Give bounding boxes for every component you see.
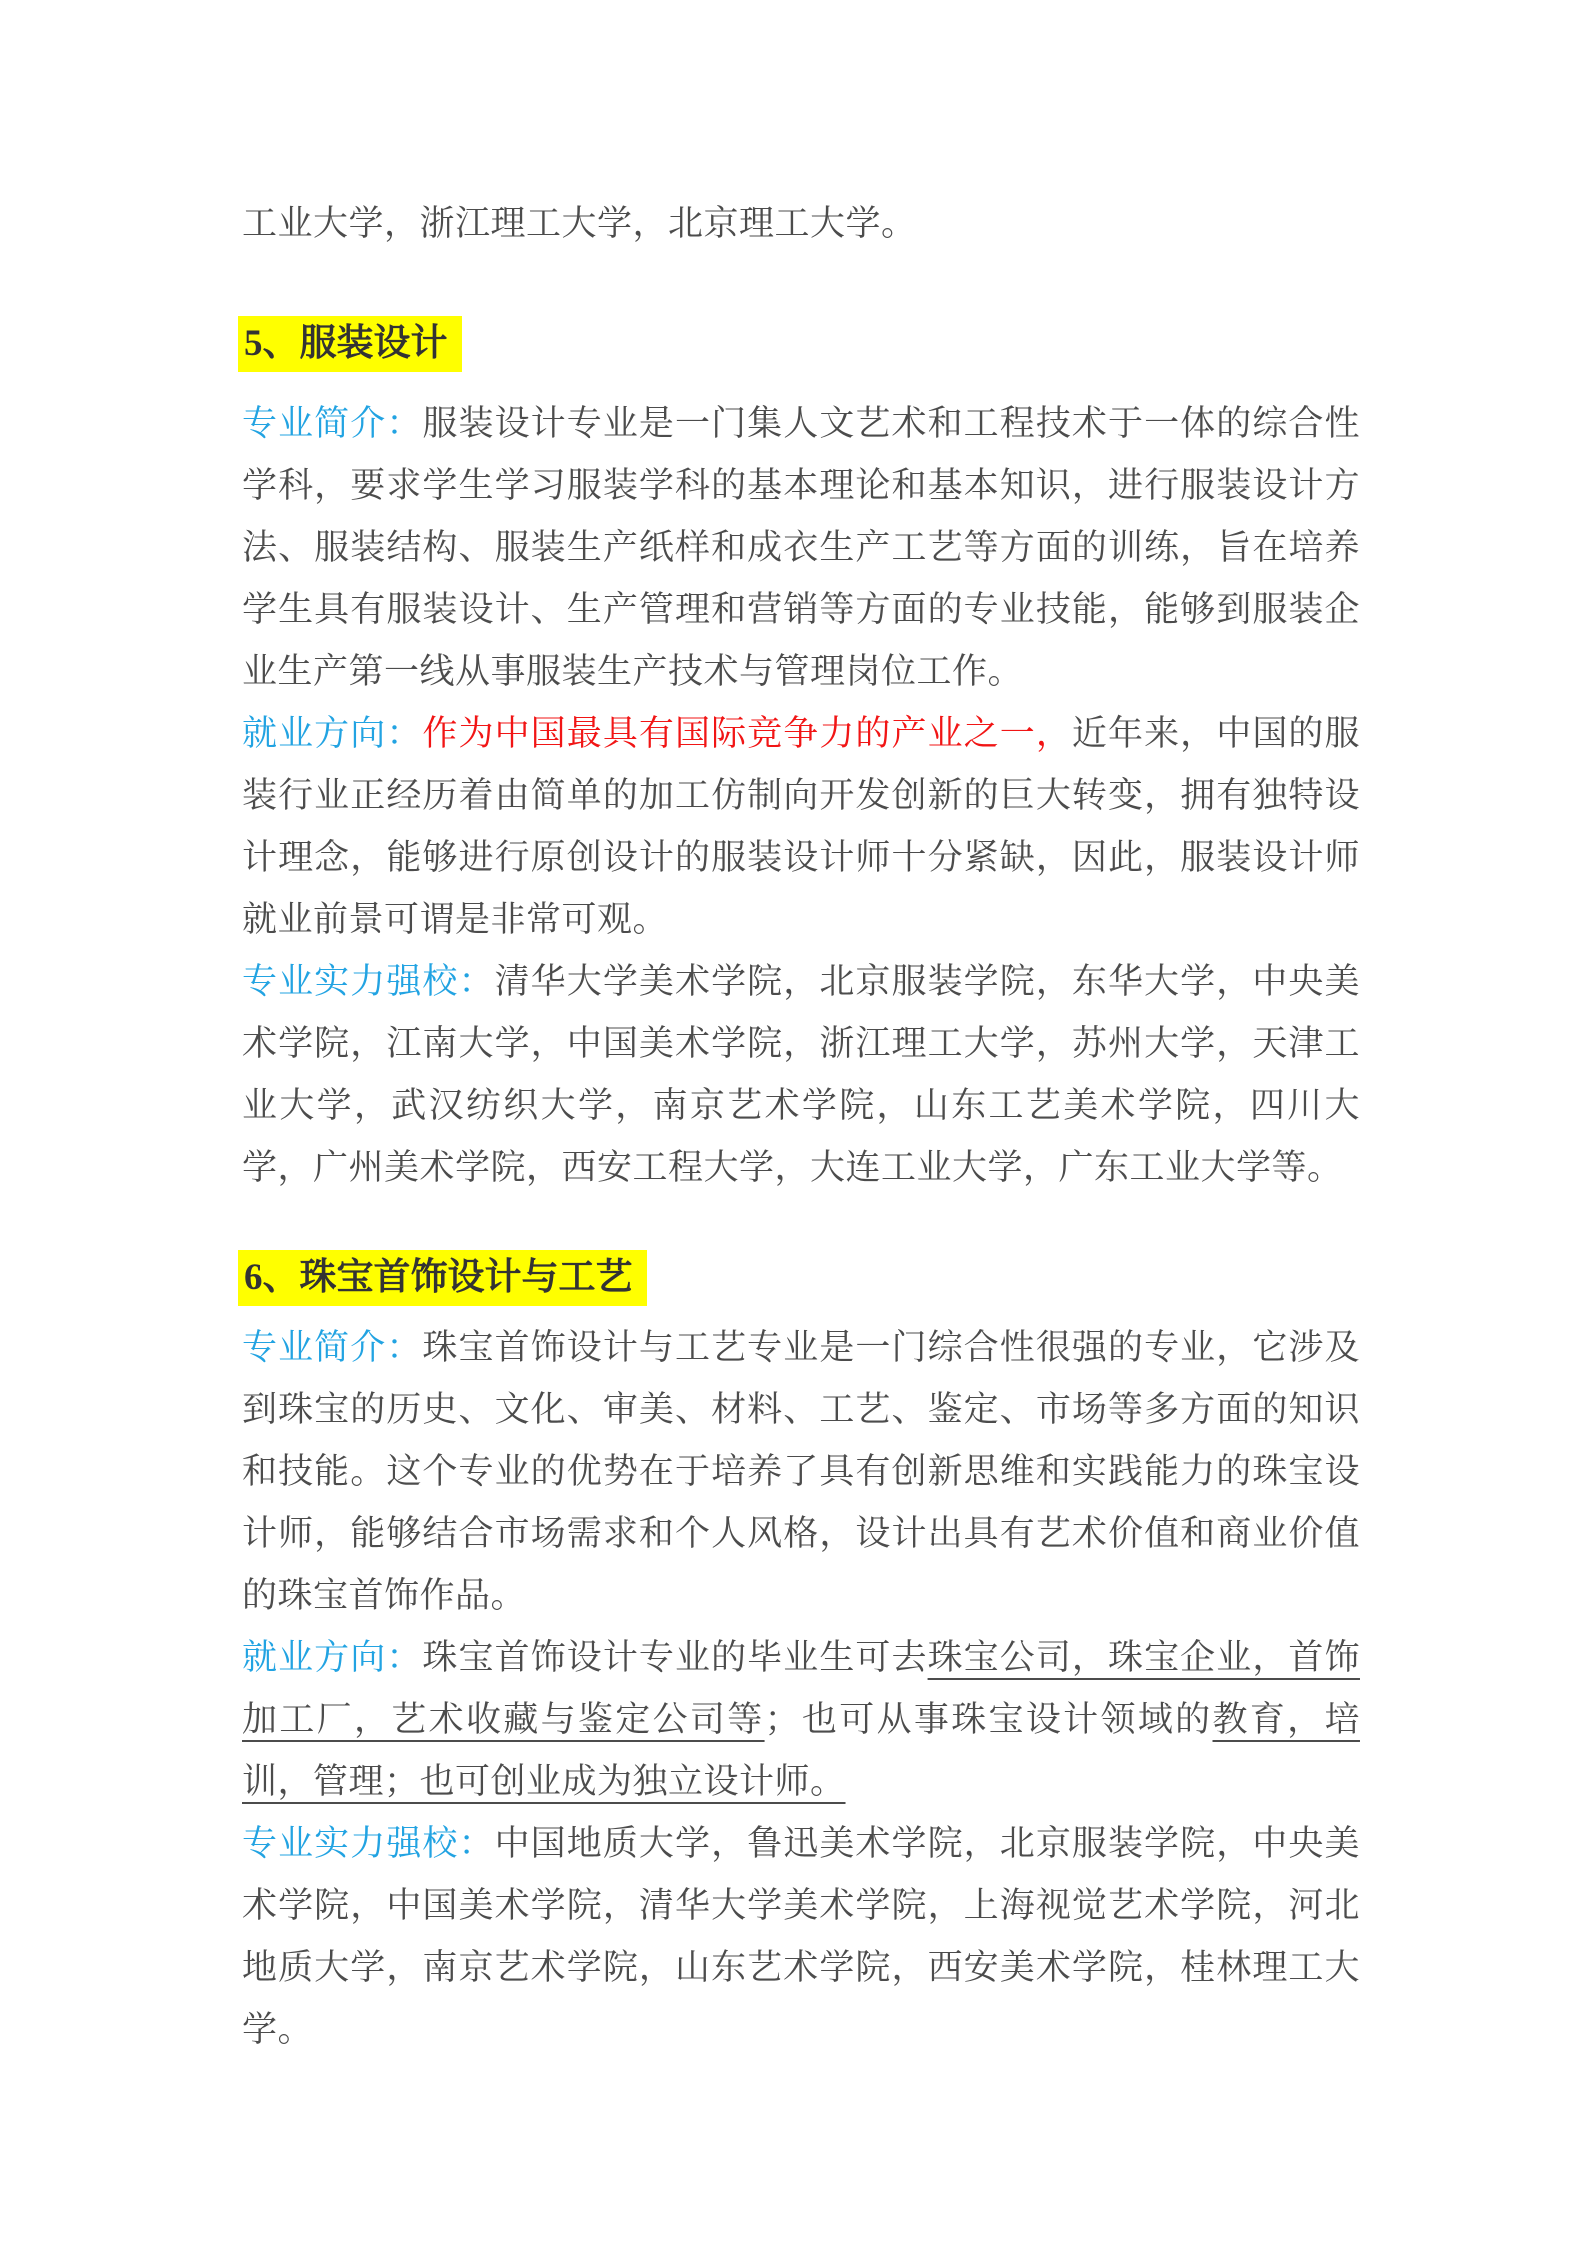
intro-continuation-text: 工业大学，浙江理工大学，北京理工大学。 — [242, 204, 917, 243]
section-5-schools-paragraph: 专业实力强校：清华大学美术学院，北京服装学院，东华大学，中央美术学院，江南大学，… — [242, 951, 1360, 1199]
section-5-heading-highlight: 5、服装设计 — [238, 316, 462, 372]
section-6-intro-paragraph: 专业简介：珠宝首饰设计与工艺专业是一门综合性很强的专业，它涉及到珠宝的历史、文化… — [242, 1317, 1360, 1627]
section-6-body: 专业简介：珠宝首饰设计与工艺专业是一门综合性很强的专业，它涉及到珠宝的历史、文化… — [242, 1317, 1360, 2061]
document-page: 工业大学，浙江理工大学，北京理工大学。 5、服装设计 专业简介：服装设计专业是一… — [0, 0, 1587, 2245]
section-5-career-paragraph: 就业方向：作为中国最具有国际竞争力的产业之一，近年来，中国的服装行业正经历着由简… — [242, 703, 1360, 951]
section-6-career-text-1: 珠宝首饰设计专业的毕业生可去 — [422, 1638, 927, 1677]
career-label: 就业方向： — [242, 714, 422, 753]
section-5-body: 专业简介：服装设计专业是一门集人文艺术和工程技术于一体的综合性学科，要求学生学习… — [242, 393, 1360, 1199]
section-6-career-paragraph: 就业方向：珠宝首饰设计专业的毕业生可去珠宝公司，珠宝企业，首饰加工厂，艺术收藏与… — [242, 1627, 1360, 1813]
career-label: 就业方向： — [242, 1638, 422, 1677]
intro-label: 专业简介： — [242, 1328, 422, 1367]
intro-continuation-line: 工业大学，浙江理工大学，北京理工大学。 — [242, 193, 1360, 255]
section-6-career-text-2: ；也可从事珠宝设计领域的 — [765, 1700, 1213, 1739]
intro-label: 专业简介： — [242, 404, 422, 443]
section-5-intro-text: 服装设计专业是一门集人文艺术和工程技术于一体的综合性学科，要求学生学习服装学科的… — [242, 404, 1360, 691]
section-5-intro-paragraph: 专业简介：服装设计专业是一门集人文艺术和工程技术于一体的综合性学科，要求学生学习… — [242, 393, 1360, 703]
section-5-career-highlight-text: 作为中国最具有国际竞争力的产业之一， — [422, 714, 1071, 753]
schools-label: 专业实力强校： — [242, 1824, 495, 1863]
section-6-intro-text: 珠宝首饰设计与工艺专业是一门综合性很强的专业，它涉及到珠宝的历史、文化、审美、材… — [242, 1328, 1360, 1615]
section-6-heading-highlight: 6、珠宝首饰设计与工艺 — [238, 1250, 647, 1306]
schools-label: 专业实力强校： — [242, 962, 495, 1001]
section-6-heading: 6、珠宝首饰设计与工艺 — [238, 1250, 647, 1306]
section-5-heading: 5、服装设计 — [238, 316, 462, 372]
section-6-schools-paragraph: 专业实力强校：中国地质大学，鲁迅美术学院，北京服装学院，中央美术学院，中国美术学… — [242, 1813, 1360, 2061]
